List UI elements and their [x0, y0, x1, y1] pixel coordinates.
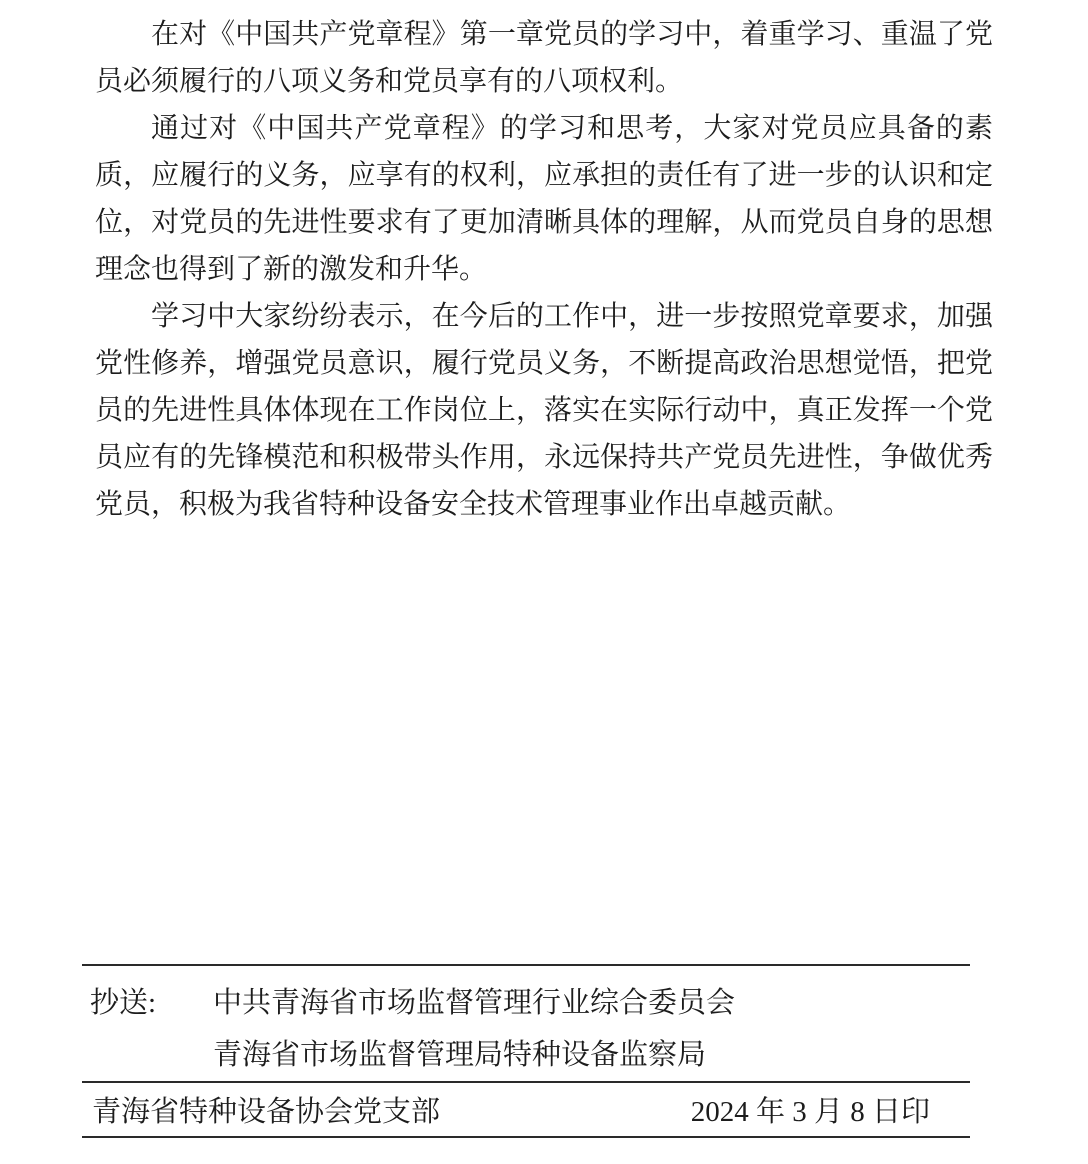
body-paragraph: 学习中大家纷纷表示，在今后的工作中，进一步按照党章要求，加强党性修养，增强党员意…: [95, 293, 993, 528]
copy-to-label: 抄送:: [90, 977, 213, 1029]
copy-to-section: 抄送: 中共青海省市场监督管理行业综合委员会 青海省市场监督管理局特种设备监察局: [82, 964, 970, 1083]
issuer-name: 青海省特种设备协会党支部: [92, 1089, 440, 1130]
issuer-row: 青海省特种设备协会党支部 2024 年 3 月 8 日印: [82, 1083, 970, 1138]
print-date: 2024 年 3 月 8 日印: [691, 1089, 930, 1130]
document-page: 在对《中国共产党章程》第一章党员的学习中，着重学习、重温了党员必须履行的八项义务…: [0, 0, 1088, 1164]
copy-to-recipient: 中共青海省市场监督管理行业综合委员会: [213, 977, 970, 1029]
body-paragraph: 通过对《中国共产党章程》的学习和思考，大家对党员应具备的素质，应履行的义务，应享…: [95, 105, 993, 293]
copy-to-recipient: 青海省市场监督管理局特种设备监察局: [213, 1029, 970, 1081]
document-footer: 抄送: 中共青海省市场监督管理行业综合委员会 青海省市场监督管理局特种设备监察局…: [82, 964, 970, 1138]
body-paragraph: 在对《中国共产党章程》第一章党员的学习中，着重学习、重温了党员必须履行的八项义务…: [95, 11, 993, 105]
document-body: 在对《中国共产党章程》第一章党员的学习中，着重学习、重温了党员必须履行的八项义务…: [95, 11, 993, 528]
copy-to-recipient-list: 中共青海省市场监督管理行业综合委员会 青海省市场监督管理局特种设备监察局: [213, 977, 970, 1081]
